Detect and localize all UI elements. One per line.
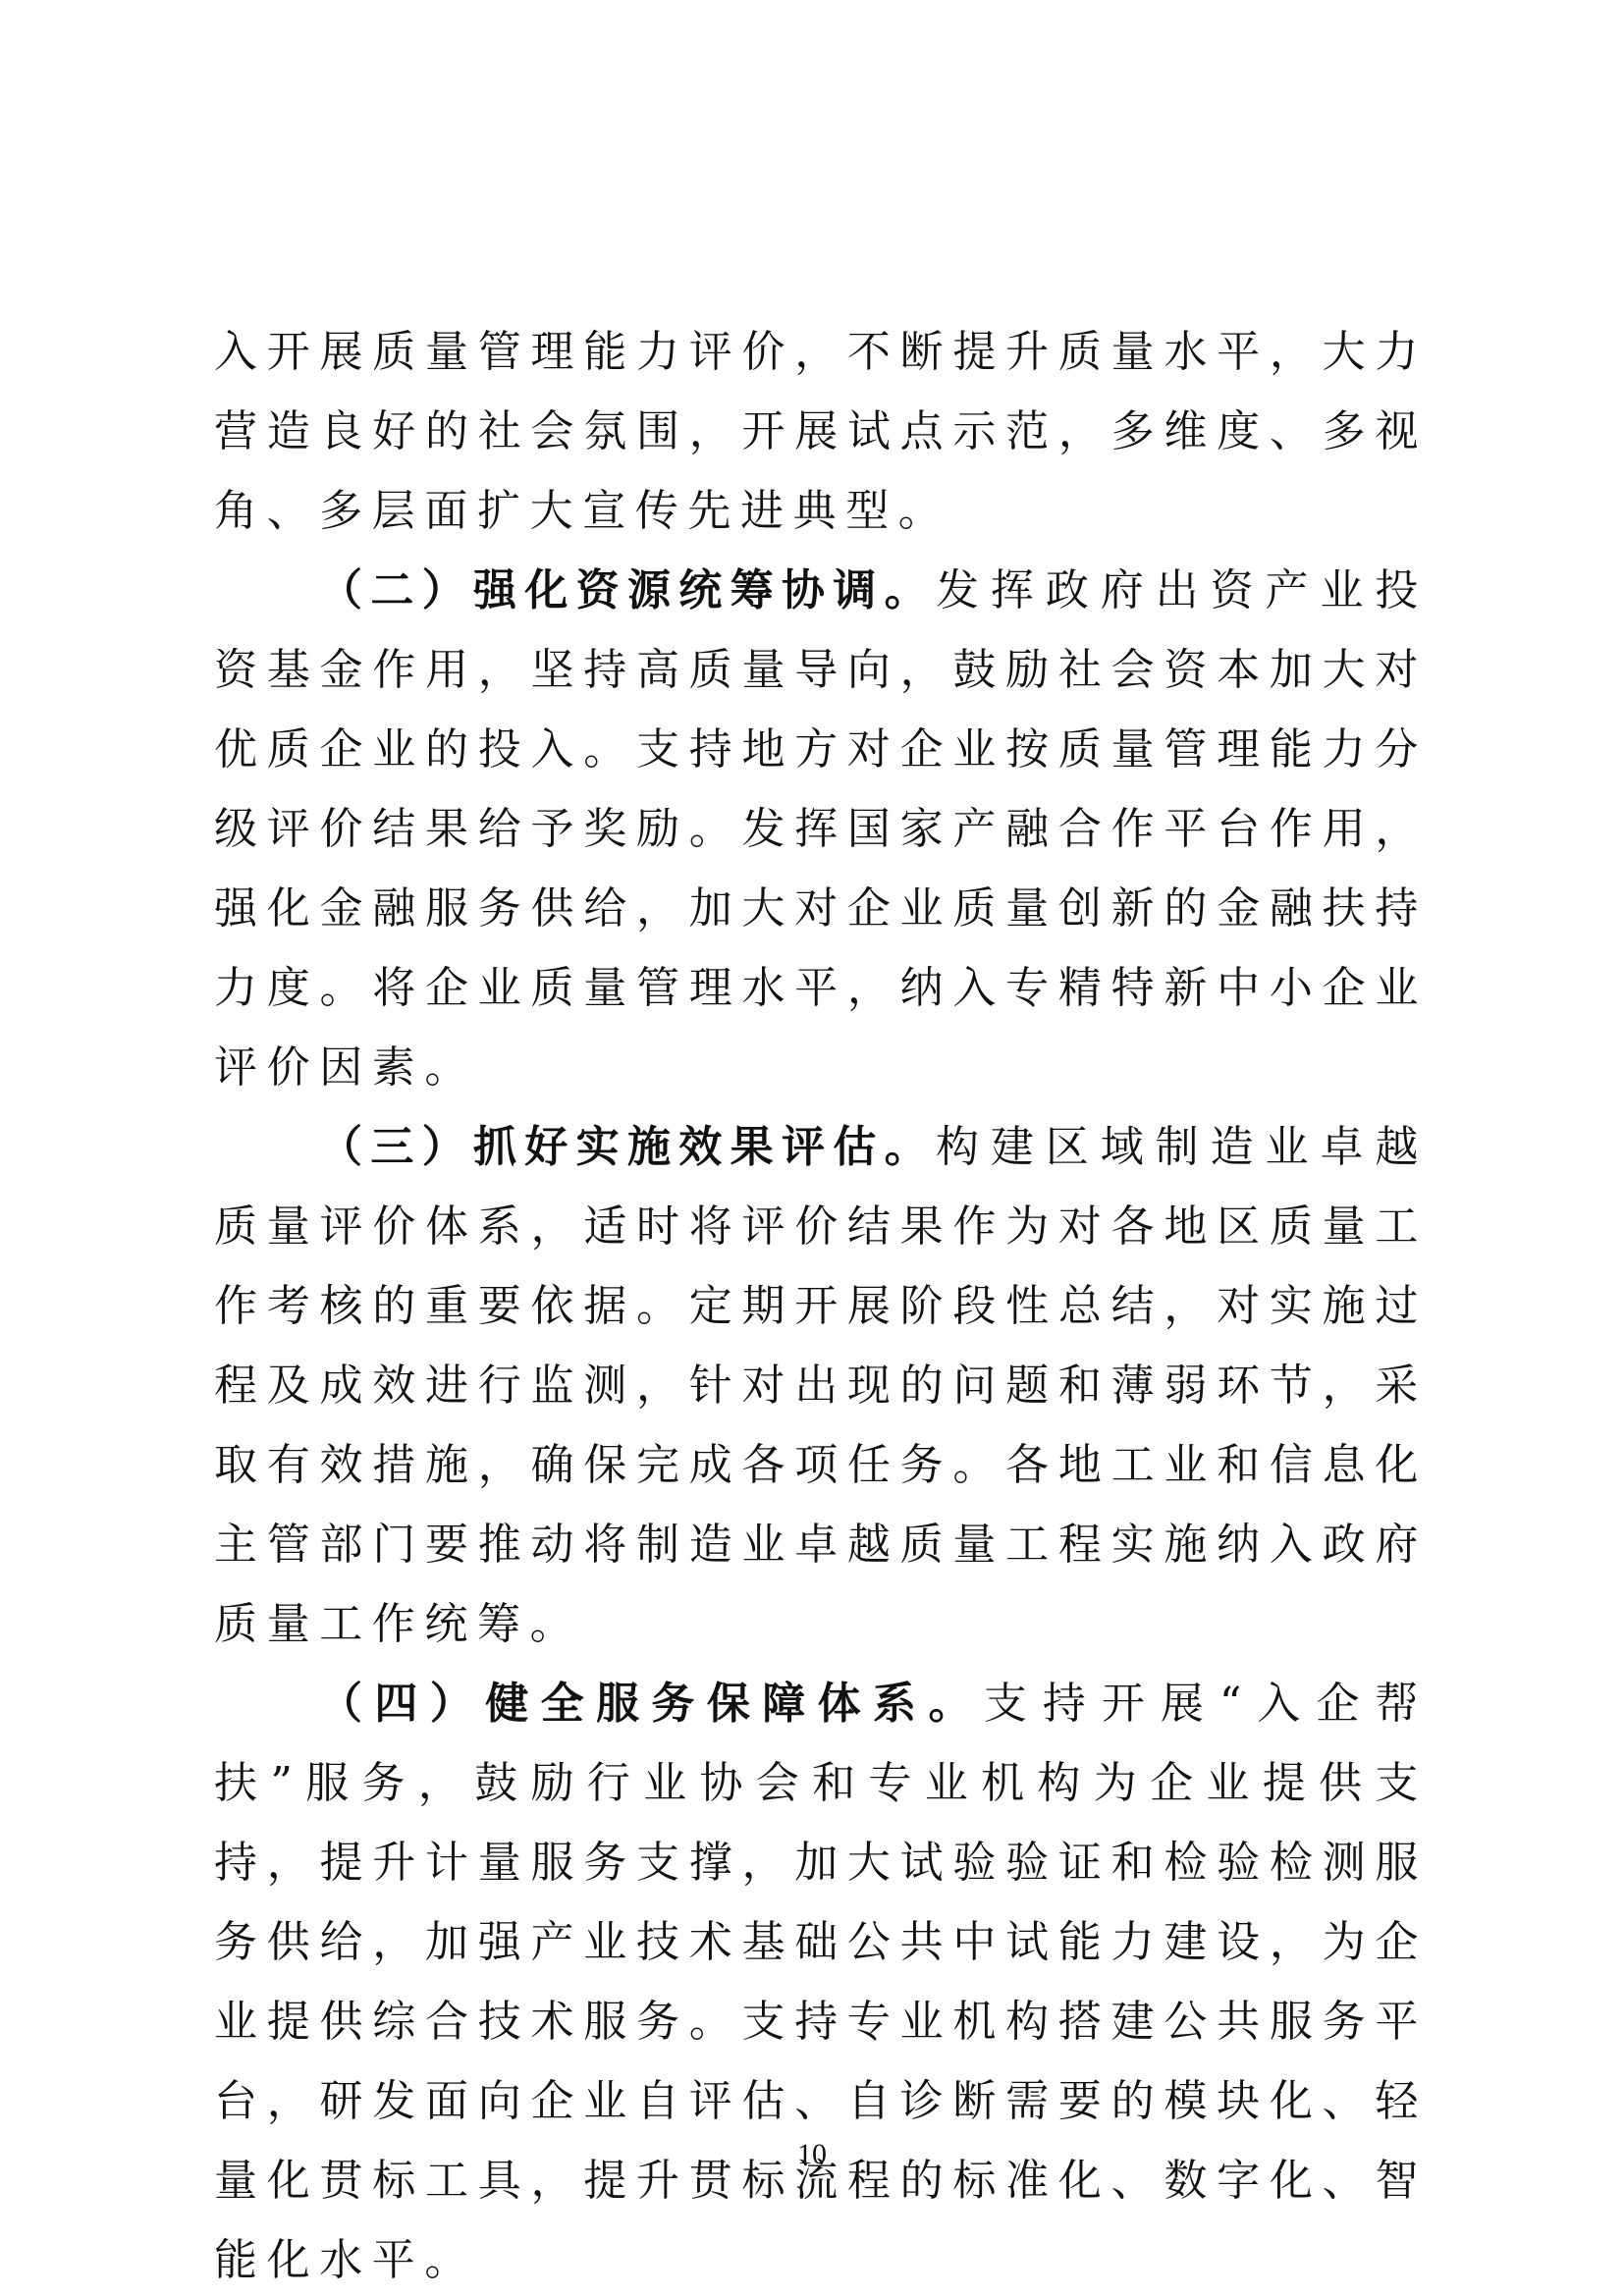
section-heading: （三）抓好实施效果评估。 bbox=[319, 1122, 936, 1172]
paragraph-text: 构建区域制造业卓越质量评价体系，适时将评价结果作为对各地区质量工作考核的重要依据… bbox=[214, 1122, 1428, 1649]
paragraph-text: 支持开展“入企帮扶”服务，鼓励行业协会和专业机构为企业提供支持，提升计量服务支撑… bbox=[214, 1679, 1428, 2285]
document-page: 入开展质量管理能力评价，不断提升质量水平，大力营造良好的社会氛围，开展试点示范，… bbox=[0, 0, 1624, 2296]
page-number: 10 bbox=[0, 2138, 1624, 2171]
paragraph-continuation: 入开展质量管理能力评价，不断提升质量水平，大力营造良好的社会氛围，开展试点示范，… bbox=[214, 312, 1428, 551]
paragraph-service-support: （四）健全服务保障体系。支持开展“入企帮扶”服务，鼓励行业协会和专业机构为企业提… bbox=[214, 1664, 1428, 2296]
paragraph-implementation-evaluation: （三）抓好实施效果评估。构建区域制造业卓越质量评价体系，适时将评价结果作为对各地… bbox=[214, 1107, 1428, 1664]
section-heading: （二）强化资源统筹协调。 bbox=[319, 565, 936, 615]
paragraph-text: 入开展质量管理能力评价，不断提升质量水平，大力营造良好的社会氛围，开展试点示范，… bbox=[214, 327, 1428, 536]
paragraph-resource-coordination: （二）强化资源统筹协调。发挥政府出资产业投资基金作用，坚持高质量导向，鼓励社会资… bbox=[214, 551, 1428, 1107]
paragraph-text: 发挥政府出资产业投资基金作用，坚持高质量导向，鼓励社会资本加大对优质企业的投入。… bbox=[214, 565, 1428, 1093]
body-text: 入开展质量管理能力评价，不断提升质量水平，大力营造良好的社会氛围，开展试点示范，… bbox=[214, 312, 1428, 2296]
section-heading: （四）健全服务保障体系。 bbox=[319, 1679, 984, 1729]
